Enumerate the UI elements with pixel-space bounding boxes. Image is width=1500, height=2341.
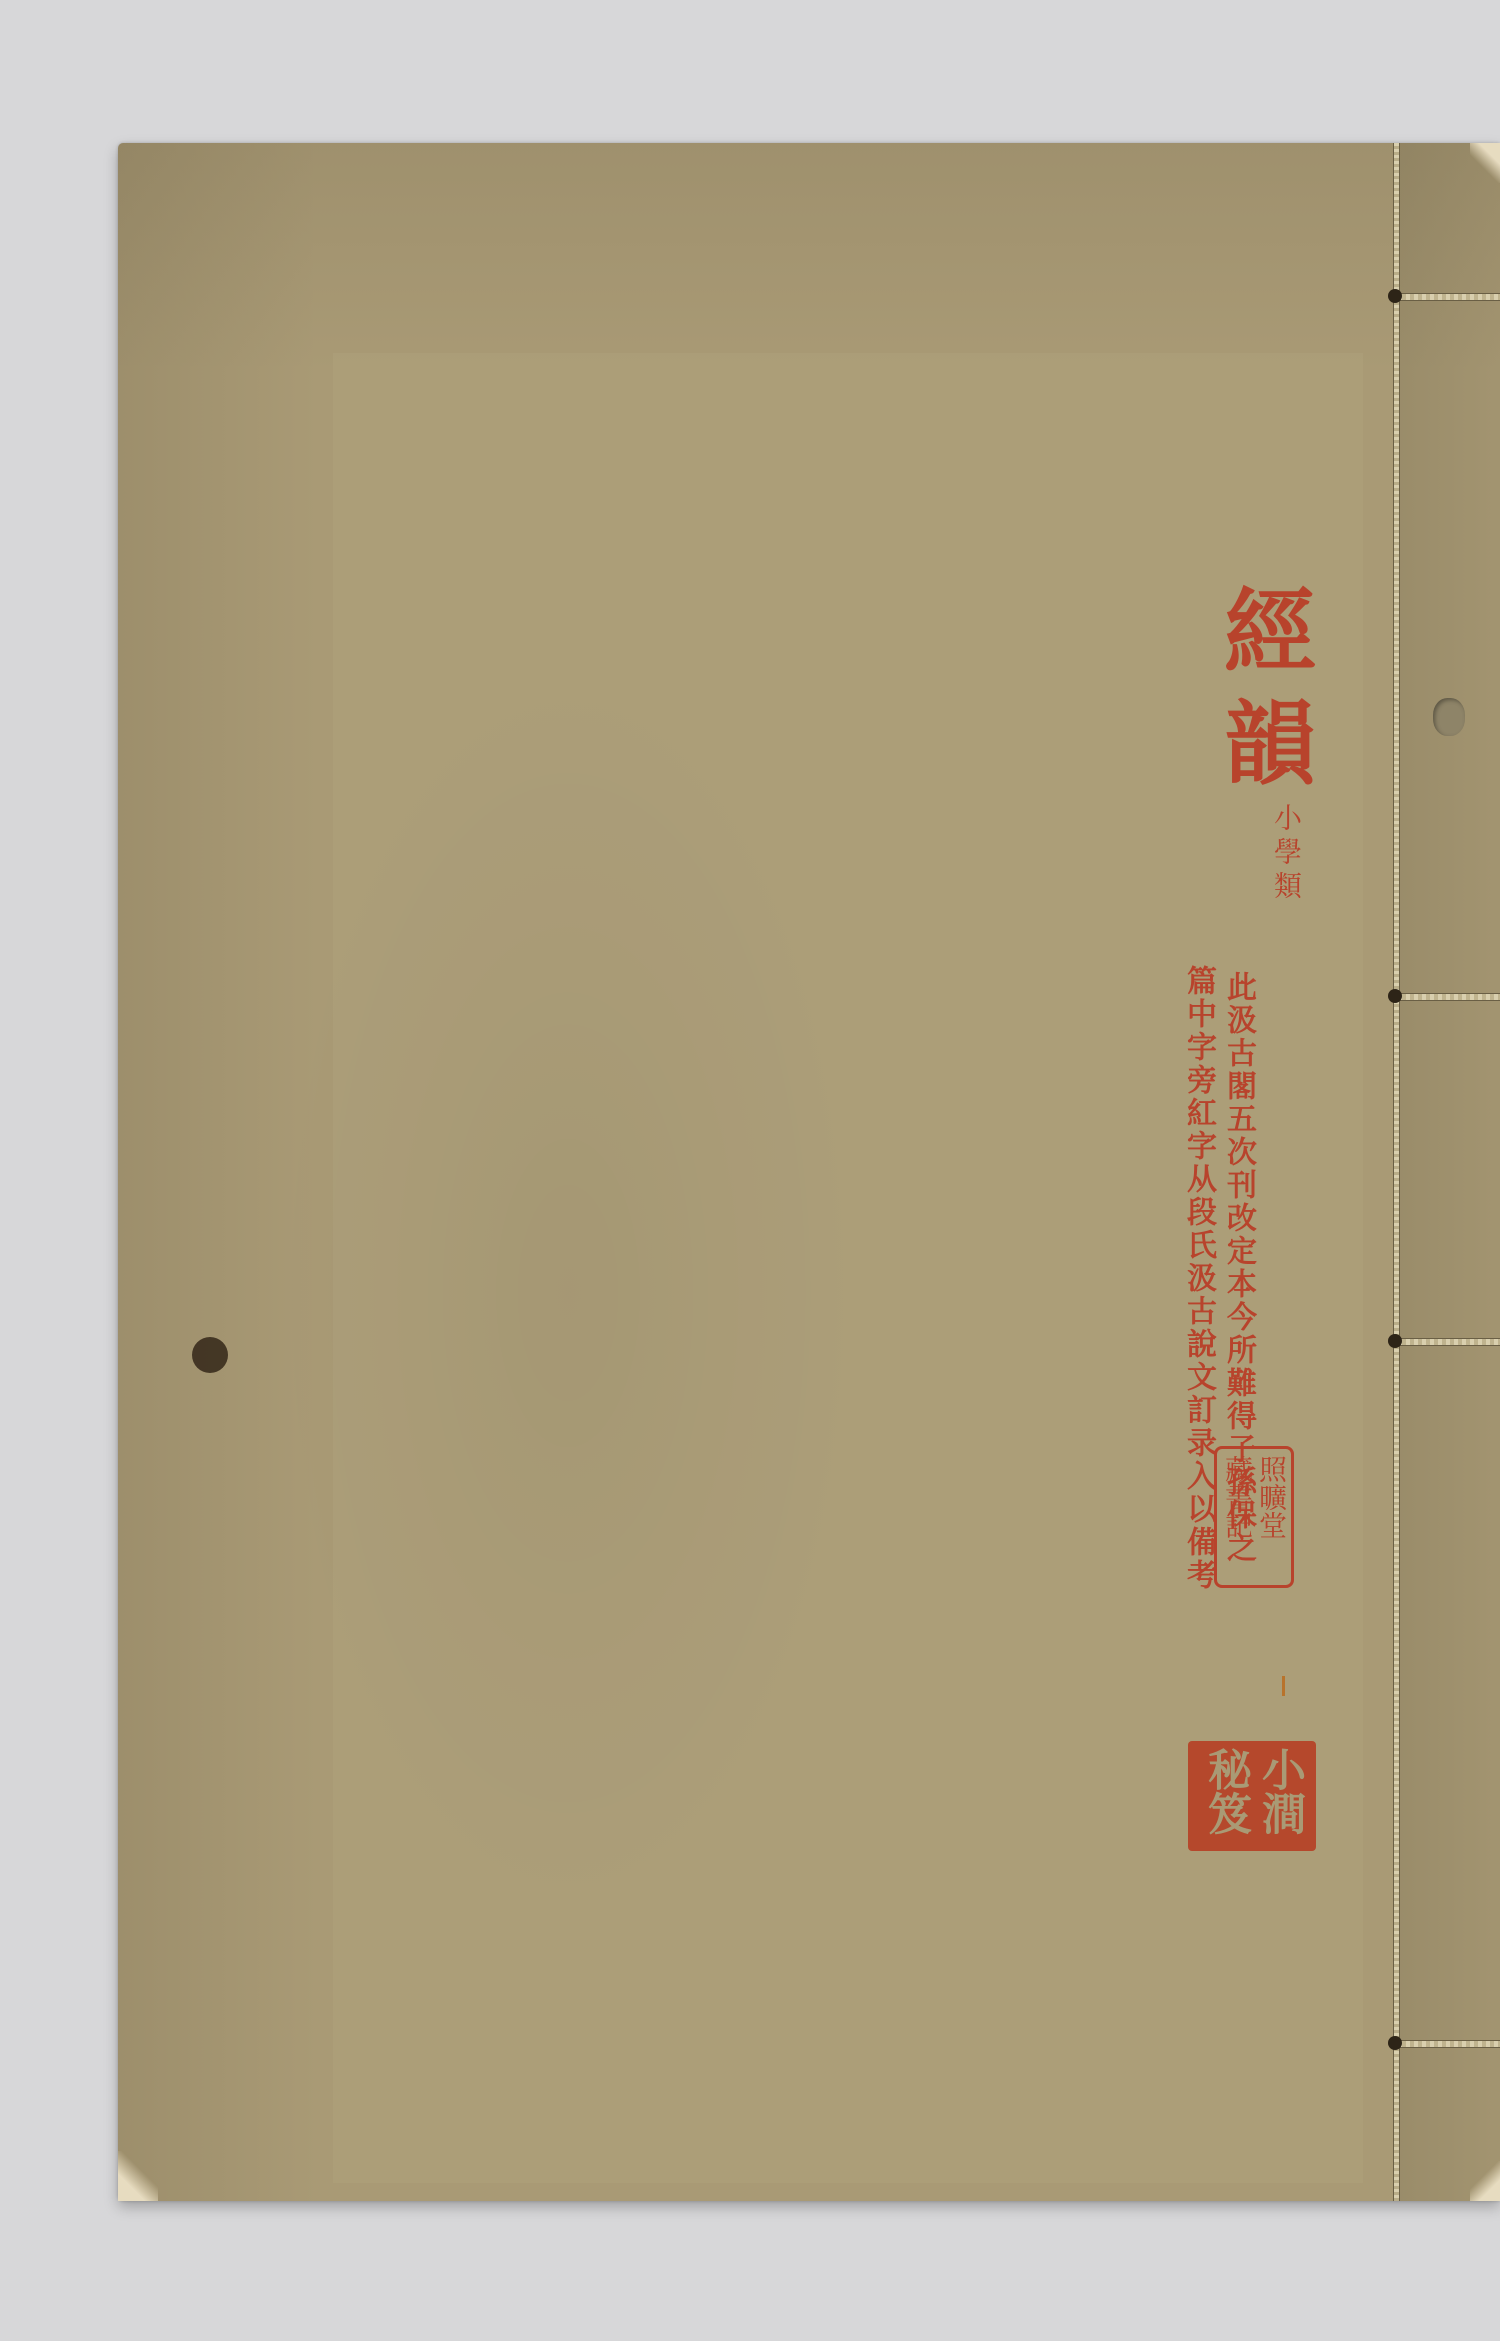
stitch-thread (1398, 2040, 1500, 2048)
red-mark (1282, 1676, 1285, 1696)
stitch-thread (1398, 993, 1500, 1001)
spine-thread (1393, 143, 1400, 2201)
seal-text: 秘笈 (1201, 1747, 1249, 1845)
corner-wear (1470, 2161, 1500, 2201)
stitch-hole (1388, 2036, 1402, 2050)
stitch-hole (1388, 289, 1402, 303)
book-cover: 經韻 小學類 此汲古閣五次刊改定本今所難得子孫保之 篇中字旁紅字从段氏汲古說文訂… (118, 143, 1500, 2201)
corner-wear (1470, 143, 1500, 183)
ink-stain (192, 1337, 228, 1373)
stitch-hole (1388, 1334, 1402, 1348)
stitch-hole (1388, 989, 1402, 1003)
stitch-thread (1398, 1338, 1500, 1346)
collector-seal-outline: 照曠堂 藏書記 (1214, 1446, 1294, 1588)
seal-text: 藏書記 (1222, 1455, 1252, 1579)
spine-area (1395, 143, 1500, 2201)
corner-wear (118, 2151, 158, 2201)
stitch-thread (1398, 293, 1500, 301)
collector-seal-solid: 小澗 秘笈 (1188, 1741, 1316, 1851)
seal-text: 照曠堂 (1256, 1455, 1286, 1579)
category-label: 小學類 (1266, 803, 1306, 905)
seal-text: 小澗 (1255, 1747, 1303, 1845)
book-title: 經韻 (1203, 583, 1323, 807)
worm-hole (1433, 698, 1465, 736)
